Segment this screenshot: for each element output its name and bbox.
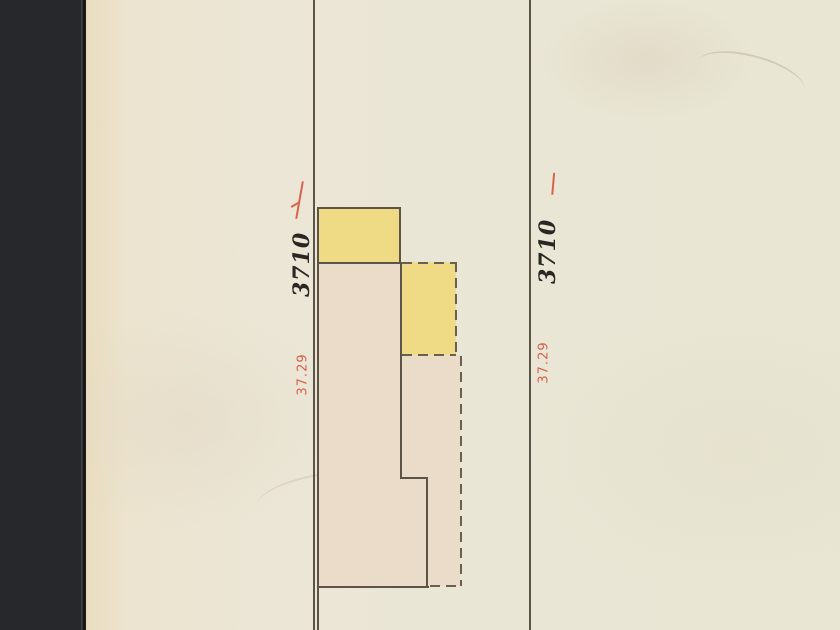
outline [317,207,401,209]
lot-line-left [313,0,315,630]
map-canvas[interactable]: 3710 3710 37.29 37.29 [86,0,840,630]
outline [400,262,402,478]
outline-dashed [402,354,456,356]
outline [399,207,401,263]
outline [317,586,429,588]
elevation-left: 37.29 [296,351,311,399]
lot-number-left: 3710 [289,237,315,297]
outline-dashed [460,356,462,586]
outline-dashed [402,262,457,264]
front-yellow-block[interactable] [317,208,400,263]
outline [317,262,401,264]
red-tick-icon [551,173,554,195]
outline [317,207,319,630]
outline [400,477,427,479]
lot-line-right [529,0,531,630]
paper-stain [692,41,809,110]
viewer-side-panel [0,0,81,630]
rear-extension[interactable] [402,355,460,586]
rear-yellow-block[interactable] [401,262,456,355]
red-arrow-icon [295,181,303,219]
outline-dashed [455,262,457,357]
elevation-right: 37.29 [537,339,552,387]
lot-number-right: 3710 [535,224,561,284]
outline-dashed [430,585,461,587]
outline [426,477,428,587]
